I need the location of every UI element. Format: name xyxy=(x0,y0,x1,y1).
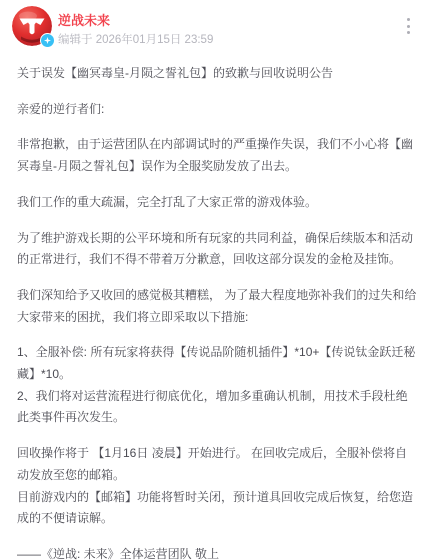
measures-intro-paragraph: 我们深知给予又收回的感觉极其糟糕， 为了最大程度地弥补我们的过失和给大家带来的困… xyxy=(17,285,418,328)
signature-line: ——《逆战: 未来》全体运营团队 敬上 xyxy=(17,544,418,560)
verified-badge-icon xyxy=(40,33,55,48)
greeting-line: 亲爱的逆行者们: xyxy=(17,99,418,121)
recall-reason-paragraph: 为了维护游戏长期的公平环境和所有玩家的共同利益，确保后续版本和活动的正常进行，我… xyxy=(17,228,418,271)
kebab-menu-icon[interactable] xyxy=(403,15,414,37)
user-info: 逆战未来 编辑于 2026年01月15日 23:59 xyxy=(58,6,434,46)
announcement-post: 逆战未来 编辑于 2026年01月15日 23:59 关于误发【幽冥毒皇-月陨之… xyxy=(0,0,434,560)
post-body: 关于误发【幽冥毒皇-月陨之誓礼包】的致歉与回收说明公告 亲爱的逆行者们: 非常抱… xyxy=(0,63,434,560)
apology-paragraph: 非常抱歉，由于运营团队在内部调试时的严重操作失误，我们不小心将【幽冥毒皇-月陨之… xyxy=(17,134,418,177)
post-header: 逆战未来 编辑于 2026年01月15日 23:59 xyxy=(0,0,434,52)
recall-schedule-paragraph: 回收操作将于 【1月16日 凌晨】开始进行。 在回收完成后，全服补偿将自动发放至… xyxy=(17,443,418,486)
measure-item-2: 2、我们将对运营流程进行彻底优化，增加多重确认机制，用技术手段杜绝此类事件再次发… xyxy=(17,386,418,429)
username[interactable]: 逆战未来 xyxy=(58,14,110,28)
edit-timestamp: 编辑于 2026年01月15日 23:59 xyxy=(58,34,434,46)
avatar[interactable] xyxy=(12,6,52,46)
post-title: 关于误发【幽冥毒皇-月陨之誓礼包】的致歉与回收说明公告 xyxy=(17,63,418,85)
measure-item-1: 1、全服补偿: 所有玩家将获得【传说品阶随机插件】*10+【传说钛金跃迁秘藏】*… xyxy=(17,342,418,385)
mailbox-notice-paragraph: 目前游戏内的【邮箱】功能将暂时关闭，预计道具回收完成后恢复，给您造成的不便请谅解… xyxy=(17,487,418,530)
impact-paragraph: 我们工作的重大疏漏，完全打乱了大家正常的游戏体验。 xyxy=(17,192,418,214)
